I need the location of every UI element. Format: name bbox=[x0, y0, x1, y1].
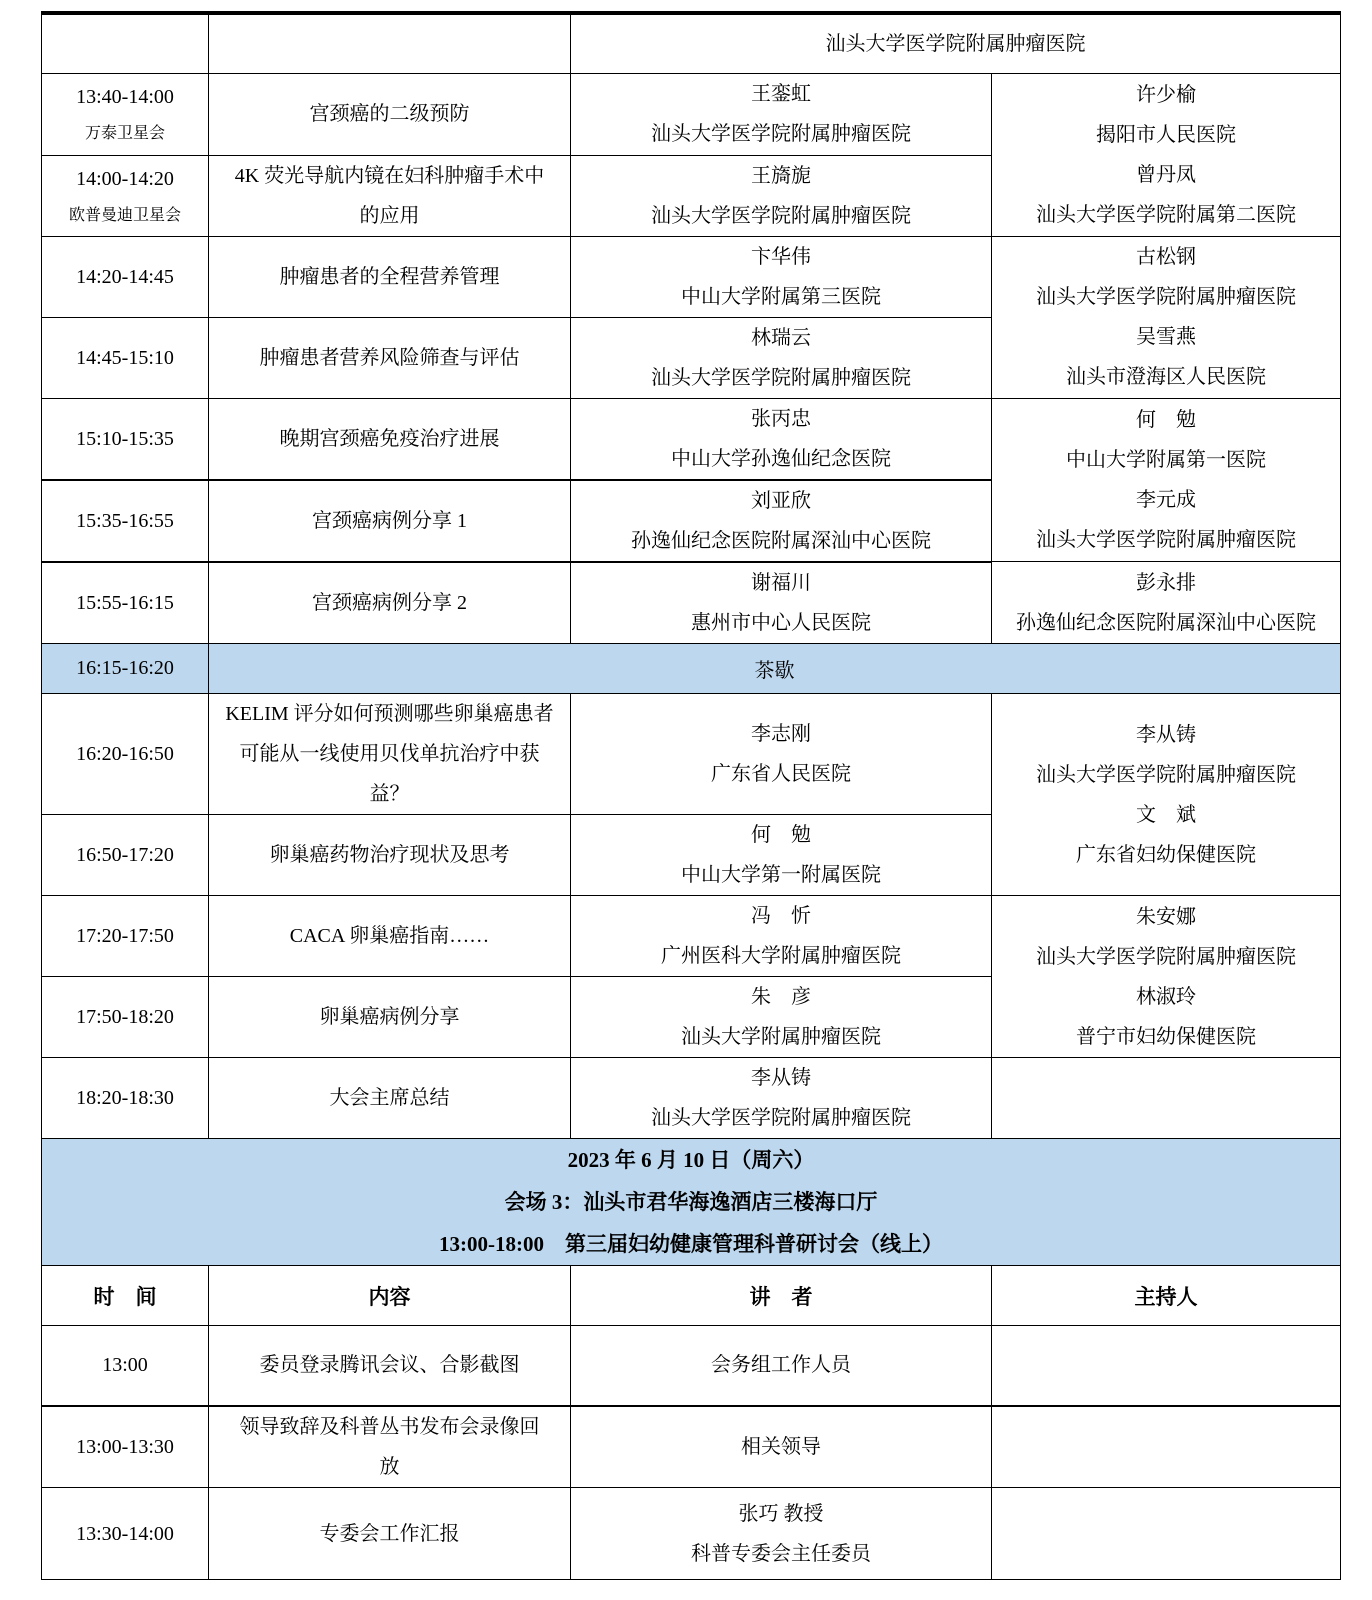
header-time: 时 间 bbox=[42, 1266, 209, 1326]
time-cell: 13:00-13:30 bbox=[42, 1406, 209, 1488]
speaker-org: 惠州市中心人民医院 bbox=[571, 603, 991, 643]
speaker-org: 汕头大学医学院附属肿瘤医院 bbox=[571, 358, 991, 398]
time-text: 15:10-15:35 bbox=[42, 419, 208, 459]
tea-break-cell: 茶歇 bbox=[209, 644, 1341, 694]
time-text: 16:20-16:50 bbox=[42, 734, 208, 774]
time-text: 14:00-14:20 bbox=[42, 159, 208, 199]
host-name: 何 勉 bbox=[992, 400, 1340, 440]
host-org: 汕头大学医学院附属肿瘤医院 bbox=[992, 277, 1340, 317]
table-row: 14:20-14:45 肿瘤患者的全程营养管理 卞华伟 中山大学附属第三医院 古… bbox=[42, 236, 1341, 317]
tea-break-label: 茶歇 bbox=[209, 654, 1340, 683]
time-note: 万泰卫星会 bbox=[42, 117, 208, 151]
content-cell: 肿瘤患者的全程营养管理 bbox=[209, 236, 571, 317]
speaker-name: 张丙忠 bbox=[571, 399, 991, 439]
banner-session: 13:00-18:00 第三届妇幼健康管理科普研讨会（线上） bbox=[42, 1223, 1340, 1265]
time-cell: 13:40-14:00 万泰卫星会 bbox=[42, 73, 209, 155]
tea-break-row: 16:15-16:20 茶歇 bbox=[42, 644, 1341, 694]
speaker-name: 何 勉 bbox=[571, 815, 991, 855]
speaker-name: 刘亚欣 bbox=[571, 481, 991, 521]
time-text: 16:50-17:20 bbox=[42, 835, 208, 875]
header-content: 内容 bbox=[209, 1266, 571, 1326]
speaker-cell: 卞华伟 中山大学附属第三医院 bbox=[571, 236, 992, 317]
content-cell: 宫颈癌病例分享 2 bbox=[209, 562, 571, 644]
time-text: 14:20-14:45 bbox=[42, 257, 208, 297]
time-cell: 16:50-17:20 bbox=[42, 815, 209, 896]
time-cell: 15:10-15:35 bbox=[42, 398, 209, 480]
speaker-org: 中山大学第一附属医院 bbox=[571, 855, 991, 895]
time-cell: 16:15-16:20 bbox=[42, 644, 209, 694]
speaker-org: 科普专委会主任委员 bbox=[571, 1534, 991, 1574]
header-host: 主持人 bbox=[992, 1266, 1341, 1326]
content-cell-empty bbox=[209, 13, 571, 73]
host-name: 朱安娜 bbox=[992, 897, 1340, 937]
host-cell: 何 勉 中山大学附属第一医院 李元成 汕头大学医学院附属肿瘤医院 bbox=[992, 398, 1341, 562]
speaker-cell: 会务组工作人员 bbox=[571, 1326, 992, 1406]
speaker-cell: 刘亚欣 孙逸仙纪念医院附属深汕中心医院 bbox=[571, 480, 992, 562]
time-cell: 13:30-14:00 bbox=[42, 1488, 209, 1580]
time-cell: 15:55-16:15 bbox=[42, 562, 209, 644]
carryover-affiliation-cell: 汕头大学医学院附属肿瘤医院 bbox=[571, 13, 1341, 73]
speaker-name: 相关领导 bbox=[571, 1427, 991, 1467]
speaker-name: 王旖旎 bbox=[571, 156, 991, 196]
host-name: 曾丹凤 bbox=[992, 155, 1340, 195]
content-cell: 领导致辞及科普丛书发布会录像回 放 bbox=[209, 1406, 571, 1488]
table-row: 13:00 委员登录腾讯会议、合影截图 会务组工作人员 bbox=[42, 1326, 1341, 1406]
speaker-cell: 王旖旎 汕头大学医学院附属肿瘤医院 bbox=[571, 155, 992, 236]
host-name: 林淑玲 bbox=[992, 977, 1340, 1017]
time-text: 14:45-15:10 bbox=[42, 338, 208, 378]
time-cell: 16:20-16:50 bbox=[42, 694, 209, 815]
host-org: 汕头市澄海区人民医院 bbox=[992, 357, 1340, 397]
content-cell: 4K 荧光导航内镜在妇科肿瘤手术中 的应用 bbox=[209, 155, 571, 236]
host-cell: 彭永排 孙逸仙纪念医院附属深汕中心医院 bbox=[992, 562, 1341, 644]
speaker-name: 冯 忻 bbox=[571, 896, 991, 936]
speaker-cell: 何 勉 中山大学第一附属医院 bbox=[571, 815, 992, 896]
speaker-name: 卞华伟 bbox=[571, 237, 991, 277]
speaker-cell: 朱 彦 汕头大学附属肿瘤医院 bbox=[571, 977, 992, 1058]
table-row: 13:00-13:30 领导致辞及科普丛书发布会录像回 放 相关领导 bbox=[42, 1406, 1341, 1488]
content-cell: 宫颈癌的二级预防 bbox=[209, 73, 571, 155]
content-cell: 委员登录腾讯会议、合影截图 bbox=[209, 1326, 571, 1406]
speaker-name: 林瑞云 bbox=[571, 318, 991, 358]
table-row: 13:30-14:00 专委会工作汇报 张巧 教授 科普专委会主任委员 bbox=[42, 1488, 1341, 1580]
speaker-org: 孙逸仙纪念医院附属深汕中心医院 bbox=[571, 521, 991, 561]
host-org: 广东省妇幼保健医院 bbox=[992, 835, 1340, 875]
host-org: 汕头大学医学院附属第二医院 bbox=[992, 195, 1340, 235]
host-name: 彭永排 bbox=[992, 563, 1340, 603]
host-org: 中山大学附属第一医院 bbox=[992, 440, 1340, 480]
time-text: 13:40-14:00 bbox=[42, 77, 208, 117]
table-row: 13:40-14:00 万泰卫星会 宫颈癌的二级预防 王銮虹 汕头大学医学院附属… bbox=[42, 73, 1341, 155]
speaker-org: 汕头大学附属肿瘤医院 bbox=[571, 1017, 991, 1057]
time-cell: 13:00 bbox=[42, 1326, 209, 1406]
conference-program-table: 汕头大学医学院附属肿瘤医院 13:40-14:00 万泰卫星会 宫颈癌的二级预防… bbox=[41, 11, 1341, 1580]
table-row: 16:20-16:50 KELIM 评分如何预测哪些卵巢癌患者 可能从一线使用贝… bbox=[42, 694, 1341, 815]
banner-venue: 会场 3：汕头市君华海逸酒店三楼海口厅 bbox=[42, 1181, 1340, 1223]
content-cell: 卵巢癌药物治疗现状及思考 bbox=[209, 815, 571, 896]
header-row: 时 间 内容 讲 者 主持人 bbox=[42, 1266, 1341, 1326]
speaker-cell: 李从铸 汕头大学医学院附属肿瘤医院 bbox=[571, 1058, 992, 1139]
table-row: 15:10-15:35 晚期宫颈癌免疫治疗进展 张丙忠 中山大学孙逸仙纪念医院 … bbox=[42, 398, 1341, 480]
carryover-affiliation: 汕头大学医学院附属肿瘤医院 bbox=[571, 24, 1340, 64]
speaker-cell: 相关领导 bbox=[571, 1406, 992, 1488]
time-cell: 18:20-18:30 bbox=[42, 1058, 209, 1139]
speaker-cell: 冯 忻 广州医科大学附属肿瘤医院 bbox=[571, 896, 992, 977]
speaker-name: 李志刚 bbox=[571, 714, 991, 754]
time-cell: 17:50-18:20 bbox=[42, 977, 209, 1058]
table-row: 17:20-17:50 CACA 卵巢癌指南…… 冯 忻 广州医科大学附属肿瘤医… bbox=[42, 896, 1341, 977]
header-speaker: 讲 者 bbox=[571, 1266, 992, 1326]
speaker-org: 汕头大学医学院附属肿瘤医院 bbox=[571, 114, 991, 154]
speaker-org: 汕头大学医学院附属肿瘤医院 bbox=[571, 1098, 991, 1138]
content-cell: 肿瘤患者营养风险筛查与评估 bbox=[209, 317, 571, 398]
host-cell: 许少榆 揭阳市人民医院 曾丹凤 汕头大学医学院附属第二医院 bbox=[992, 73, 1341, 236]
time-cell-empty bbox=[42, 13, 209, 73]
host-cell: 朱安娜 汕头大学医学院附属肿瘤医院 林淑玲 普宁市妇幼保健医院 bbox=[992, 896, 1341, 1058]
content-cell: 卵巢癌病例分享 bbox=[209, 977, 571, 1058]
time-cell: 14:45-15:10 bbox=[42, 317, 209, 398]
table-row: 18:20-18:30 大会主席总结 李从铸 汕头大学医学院附属肿瘤医院 bbox=[42, 1058, 1341, 1139]
speaker-cell: 林瑞云 汕头大学医学院附属肿瘤医院 bbox=[571, 317, 992, 398]
time-text: 13:00 bbox=[42, 1345, 208, 1385]
speaker-name: 王銮虹 bbox=[571, 74, 991, 114]
speaker-name: 李从铸 bbox=[571, 1058, 991, 1098]
time-cell: 14:00-14:20 欧普曼迪卫星会 bbox=[42, 155, 209, 236]
speaker-org: 广东省人民医院 bbox=[571, 754, 991, 794]
host-org: 汕头大学医学院附属肿瘤医院 bbox=[992, 755, 1340, 795]
host-cell: 李从铸 汕头大学医学院附属肿瘤医院 文 斌 广东省妇幼保健医院 bbox=[992, 694, 1341, 896]
host-name: 古松钢 bbox=[992, 237, 1340, 277]
speaker-cell: 李志刚 广东省人民医院 bbox=[571, 694, 992, 815]
host-cell-empty bbox=[992, 1488, 1341, 1580]
speaker-name: 朱 彦 bbox=[571, 977, 991, 1017]
time-cell: 15:35-16:55 bbox=[42, 480, 209, 562]
time-text: 17:20-17:50 bbox=[42, 916, 208, 956]
speaker-org: 中山大学孙逸仙纪念医院 bbox=[571, 439, 991, 479]
host-org: 汕头大学医学院附属肿瘤医院 bbox=[992, 937, 1340, 977]
host-name: 李元成 bbox=[992, 480, 1340, 520]
host-name: 吴雪燕 bbox=[992, 317, 1340, 357]
time-text: 13:00-13:30 bbox=[42, 1427, 208, 1467]
content-cell: CACA 卵巢癌指南…… bbox=[209, 896, 571, 977]
carryover-row: 汕头大学医学院附属肿瘤医院 bbox=[42, 13, 1341, 73]
session-banner: 2023 年 6 月 10 日（周六） 会场 3：汕头市君华海逸酒店三楼海口厅 … bbox=[42, 1139, 1341, 1266]
host-name: 文 斌 bbox=[992, 795, 1340, 835]
content-cell: KELIM 评分如何预测哪些卵巢癌患者 可能从一线使用贝伐单抗治疗中获 益？ bbox=[209, 694, 571, 815]
time-note: 欧普曼迪卫星会 bbox=[42, 199, 208, 233]
time-text: 13:30-14:00 bbox=[42, 1514, 208, 1554]
speaker-org: 中山大学附属第三医院 bbox=[571, 277, 991, 317]
table-row: 15:55-16:15 宫颈癌病例分享 2 谢福川 惠州市中心人民医院 彭永排 … bbox=[42, 562, 1341, 644]
host-org: 普宁市妇幼保健医院 bbox=[992, 1017, 1340, 1057]
speaker-name: 会务组工作人员 bbox=[571, 1345, 991, 1385]
content-cell: 晚期宫颈癌免疫治疗进展 bbox=[209, 398, 571, 480]
banner-date: 2023 年 6 月 10 日（周六） bbox=[42, 1139, 1340, 1181]
host-name: 李从铸 bbox=[992, 715, 1340, 755]
speaker-name: 谢福川 bbox=[571, 563, 991, 603]
time-text: 15:55-16:15 bbox=[42, 583, 208, 623]
host-org: 揭阳市人民医院 bbox=[992, 115, 1340, 155]
time-text: 17:50-18:20 bbox=[42, 997, 208, 1037]
host-cell: 古松钢 汕头大学医学院附属肿瘤医院 吴雪燕 汕头市澄海区人民医院 bbox=[992, 236, 1341, 398]
banner-row: 2023 年 6 月 10 日（周六） 会场 3：汕头市君华海逸酒店三楼海口厅 … bbox=[42, 1139, 1341, 1266]
speaker-cell: 张巧 教授 科普专委会主任委员 bbox=[571, 1488, 992, 1580]
host-org: 孙逸仙纪念医院附属深汕中心医院 bbox=[992, 603, 1340, 643]
speaker-org: 广州医科大学附属肿瘤医院 bbox=[571, 936, 991, 976]
speaker-cell: 谢福川 惠州市中心人民医院 bbox=[571, 562, 992, 644]
speaker-org: 汕头大学医学院附属肿瘤医院 bbox=[571, 196, 991, 236]
content-cell: 专委会工作汇报 bbox=[209, 1488, 571, 1580]
host-cell-empty bbox=[992, 1326, 1341, 1406]
time-text: 18:20-18:30 bbox=[42, 1078, 208, 1118]
time-cell: 17:20-17:50 bbox=[42, 896, 209, 977]
host-name: 许少榆 bbox=[992, 75, 1340, 115]
content-cell: 宫颈癌病例分享 1 bbox=[209, 480, 571, 562]
host-org: 汕头大学医学院附属肿瘤医院 bbox=[992, 520, 1340, 560]
host-cell-empty bbox=[992, 1058, 1341, 1139]
speaker-cell: 王銮虹 汕头大学医学院附属肿瘤医院 bbox=[571, 73, 992, 155]
time-cell: 14:20-14:45 bbox=[42, 236, 209, 317]
document-page: 汕头大学医学院附属肿瘤医院 13:40-14:00 万泰卫星会 宫颈癌的二级预防… bbox=[0, 0, 1372, 1600]
content-cell: 大会主席总结 bbox=[209, 1058, 571, 1139]
time-text: 15:35-16:55 bbox=[42, 501, 208, 541]
time-text: 16:15-16:20 bbox=[42, 657, 208, 680]
host-cell-empty bbox=[992, 1406, 1341, 1488]
speaker-name: 张巧 教授 bbox=[571, 1494, 991, 1534]
speaker-cell: 张丙忠 中山大学孙逸仙纪念医院 bbox=[571, 398, 992, 480]
